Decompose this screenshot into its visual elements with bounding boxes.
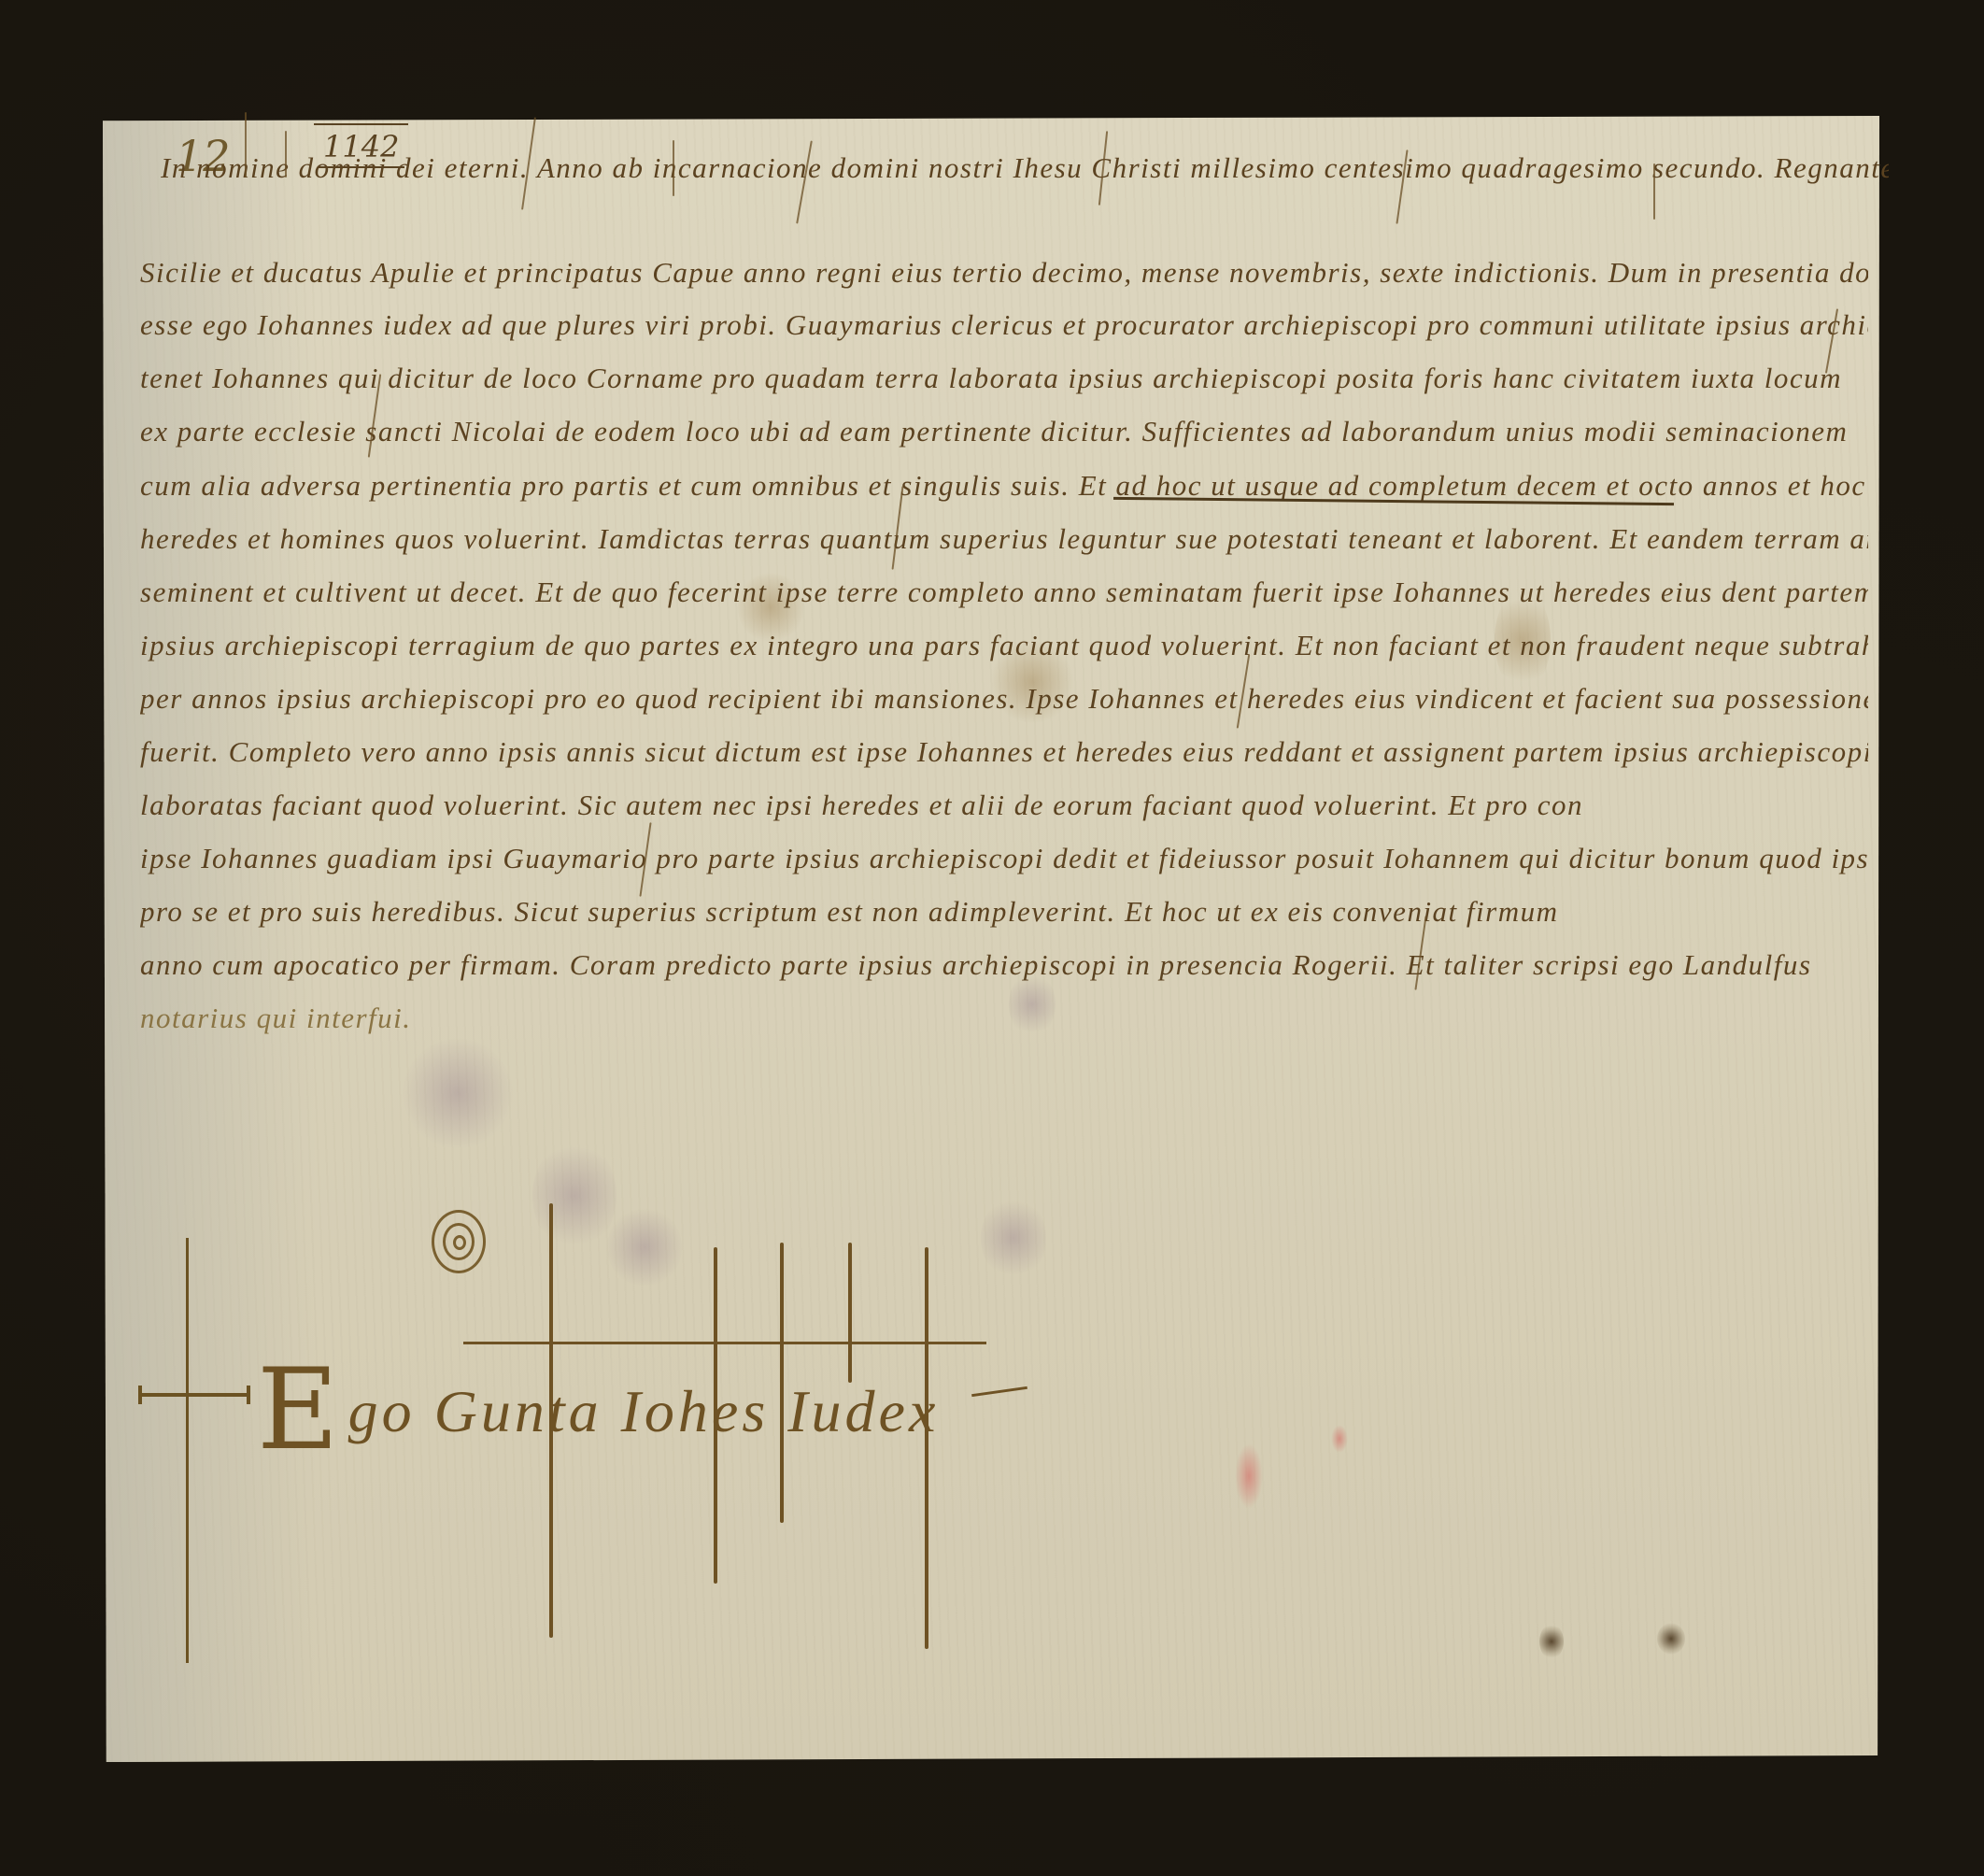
text-line-4: tenet Iohannes qui dicitur de loco Corna… bbox=[140, 360, 1868, 397]
text-line-16: notarius qui interfui. bbox=[140, 1000, 1868, 1037]
text-line-9: ipsius archiepiscopi terragium de quo pa… bbox=[140, 627, 1868, 664]
notary-spiral-mark bbox=[432, 1210, 486, 1273]
text-line-5: ex parte ecclesie sancti Nicolai de eode… bbox=[140, 413, 1868, 450]
text-line-12: laboratas faciant quod voluerint. Sic au… bbox=[140, 787, 1868, 824]
text-line-11: fuerit. Completo vero anno ipsis annis s… bbox=[140, 733, 1868, 771]
text-line-15: anno cum apocatico per firmam. Coram pre… bbox=[140, 946, 1868, 984]
text-line-3: esse ego Iohannes iudex ad que plures vi… bbox=[140, 306, 1868, 344]
ascender-stroke bbox=[673, 140, 674, 196]
text-line-8: seminent et cultivent ut decet. Et de qu… bbox=[140, 574, 1868, 611]
text-line-10: per annos ipsius archiepiscopi pro eo qu… bbox=[140, 680, 1868, 718]
text-line-2: Sicilie et ducatus Apulie et principatus… bbox=[140, 254, 1868, 291]
ascender-stroke bbox=[285, 131, 287, 178]
text-line-14: pro se et pro suis heredibus. Sicut supe… bbox=[140, 893, 1868, 931]
text-line-6: cum alia adversa pertinentia pro partis … bbox=[140, 467, 1868, 505]
judge-signature: Ego Gunta Iohes Iudex bbox=[257, 1345, 939, 1475]
text-line-7: heredes et homines quos voluerint. Iamdi… bbox=[140, 520, 1868, 558]
ascender-stroke bbox=[1653, 163, 1655, 220]
text-line-1: In nomine domini dei eterni. Anno ab inc… bbox=[161, 149, 1889, 187]
signature-initial: E bbox=[257, 1345, 343, 1475]
text-line-13: ipse Iohannes guadiam ipsi Guaymario pro… bbox=[140, 840, 1868, 877]
signum-cross-horizontal bbox=[138, 1393, 250, 1397]
signum-cross-vertical bbox=[186, 1238, 189, 1663]
signature-rest: go Gunta Iohes Iudex bbox=[348, 1378, 940, 1444]
signature-top-bar bbox=[463, 1342, 986, 1344]
ascender-stroke bbox=[245, 112, 247, 178]
